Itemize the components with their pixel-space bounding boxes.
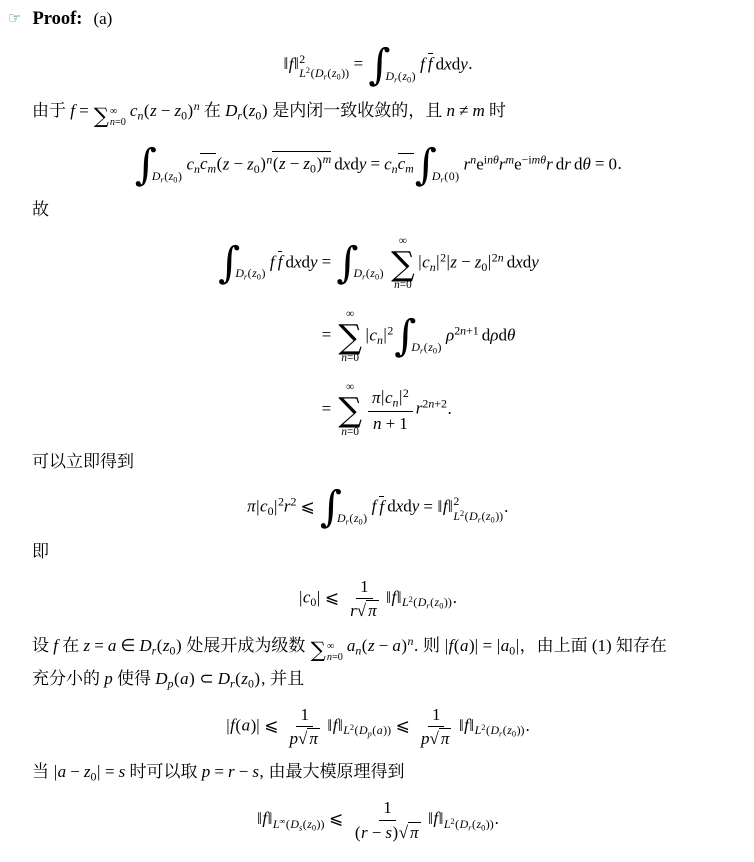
equation-linfty-bound: ‖f‖L∞(Ds(z0))⩽1(r−s)√π‖f‖L2(Dr(z0)). bbox=[32, 797, 724, 843]
equation-array-row3-right: =∞∑n=0π|cn|2n+1r2n+2. bbox=[318, 381, 539, 438]
paragraph-expansion-at-a: 设 f 在 z=a∈Dr(z0) 处展开成为级数 ∑∞n=0an(z−a)n. … bbox=[32, 633, 724, 693]
equation-array-row1-left: ∫Dr(z0)ffdxdy bbox=[217, 242, 317, 285]
equation-array-integral-expansion: ∫Dr(z0)ffdxdy =∫Dr(z0)∞∑n=0|cn|2|z−z0|2n… bbox=[32, 235, 724, 439]
text-immediately-obtain: 可以立即得到 bbox=[32, 450, 724, 475]
equation-fa-bound: |f(a)|⩽1p√π‖f‖L2(Dp(a))⩽1p√π‖f‖L2(Dr(z0)… bbox=[32, 704, 724, 750]
text-therefore: 故 bbox=[32, 198, 724, 223]
document-page: ☞ Proof: (a) ‖f‖2L2(Dr(z0))=∫Dr(z0)ffdxd… bbox=[0, 0, 754, 862]
pointing-hand-icon: ☞ bbox=[8, 9, 21, 31]
equation-pi-c0-bound: π|c0|2r2⩽∫Dr(z0)ffdxdy=‖f‖2L2(Dr(z0)). bbox=[32, 486, 724, 529]
text-that-is: 即 bbox=[32, 540, 724, 565]
proof-header: ☞ Proof: (a) bbox=[8, 6, 724, 33]
paragraph-max-modulus: 当 |a−z0|=s 时可以取 p=r−s, 由最大模原理得到 bbox=[32, 760, 724, 786]
equation-array-row1-right: =∫Dr(z0)∞∑n=0|cn|2|z−z0|2ndxdy bbox=[318, 235, 539, 292]
equation-array-row2-right: =∞∑n=0|cn|2∫Dr(z0)ρ2n+1dρdθ bbox=[318, 308, 539, 365]
proof-part-label: (a) bbox=[93, 7, 112, 32]
paragraph-series-expansion: 由于 f=∑∞n=0cn(z−z0)n 在 Dr(z0) 是内闭一致收敛的，且 … bbox=[32, 98, 724, 133]
equation-orthogonality: ∫Dr(z0)cncm(z−z0)n(z−z0)mdxdy=cncm∫Dr(0)… bbox=[32, 144, 724, 187]
proof-label: Proof: bbox=[32, 6, 82, 33]
equation-c0-bound: |c0|⩽1r√π‖f‖L2(Dr(z0)). bbox=[32, 576, 724, 622]
equation-l2-norm-definition: ‖f‖2L2(Dr(z0))=∫Dr(z0)ffdxdy. bbox=[32, 44, 724, 87]
